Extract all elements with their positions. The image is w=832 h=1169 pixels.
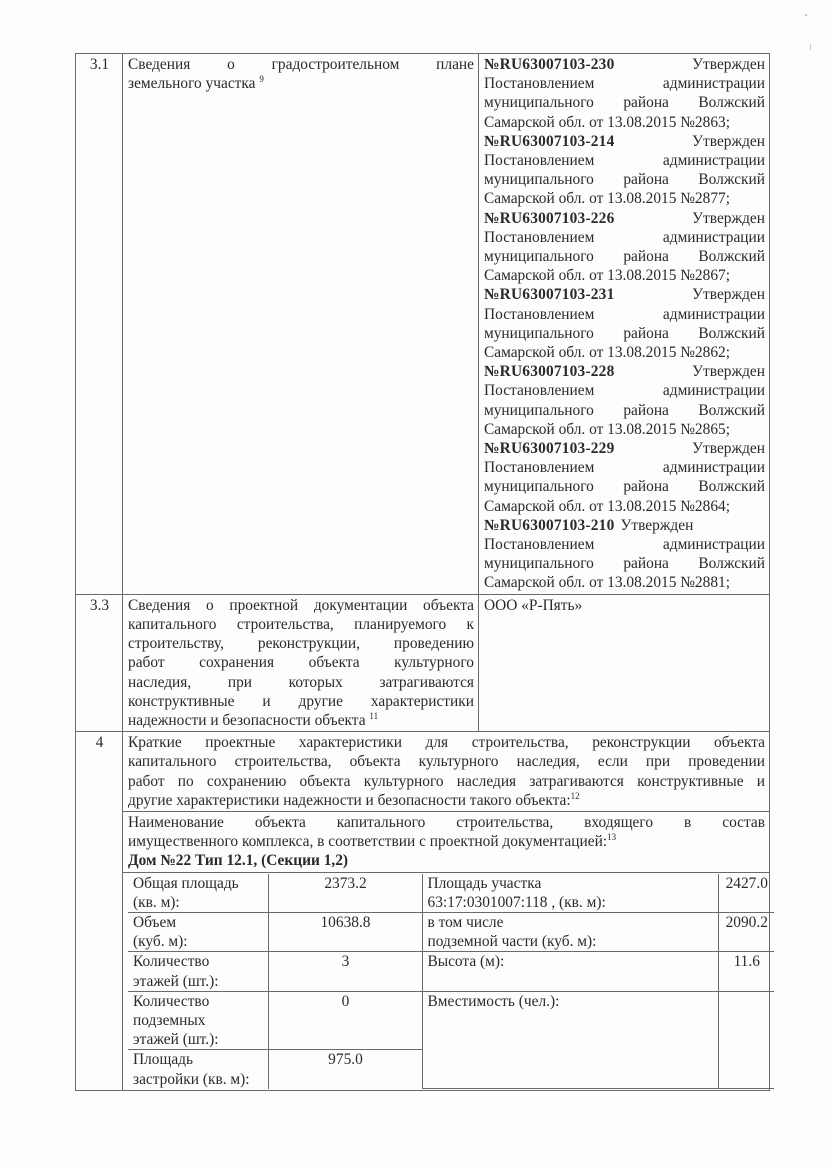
spec-label: Количествоэтажей (шт.):: [128, 952, 268, 991]
name-line: Наименование объекта капитального строит…: [128, 813, 765, 832]
intro-line: Краткие проектные характеристики для стр…: [128, 733, 765, 752]
gpzu-status: Утвержден: [692, 132, 765, 151]
gpzu-status: Утвержден: [692, 439, 765, 458]
gpzu-text-line: муниципального района Волжский: [484, 477, 765, 496]
label-line: наследия, при которых затрагиваются: [128, 673, 474, 692]
spec-label: в том числеподземной части (куб. м):: [422, 912, 718, 951]
table-row-4-object-name: Наименование объекта капитального строит…: [76, 811, 770, 872]
intro-text: другие характеристики надежности и безоп…: [128, 792, 571, 809]
spec-value: 11.6: [718, 952, 774, 991]
gpzu-text-line: Постановлением администрации: [484, 458, 765, 477]
spec-label: Вместимость (чел.):: [422, 991, 718, 1089]
gpzu-list: №RU63007103-230УтвержденПостановлением а…: [479, 54, 770, 595]
gpzu-status: Утвержден: [620, 516, 693, 535]
gpzu-plan-header: №RU63007103-214Утвержден: [484, 132, 765, 151]
label-text: в том числе: [428, 914, 504, 931]
gpzu-text-line: Постановлением администрации: [484, 151, 765, 170]
intro-line: другие характеристики надежности и безоп…: [128, 791, 765, 810]
spec-value: 2427.0: [718, 874, 774, 913]
gpzu-text-line: Самарской обл. от 13.08.2015 №2867;: [484, 266, 765, 285]
gpzu-plan-header: №RU63007103-231Утвержден: [484, 285, 765, 304]
label-line: Сведения о градостроительном плане: [128, 55, 474, 74]
info-table: 3.1 Сведения о градостроительном плане з…: [75, 53, 770, 1091]
row-4-intro: Краткие проектные характеристики для стр…: [123, 732, 770, 812]
gpzu-code: №RU63007103-230: [484, 55, 614, 74]
spec-label: Общая площадь(кв. м):: [128, 874, 268, 913]
gpzu-text-line: муниципального района Волжский: [484, 170, 765, 189]
spec-row: Общая площадь(кв. м): 2373.2 Площадь уча…: [128, 874, 774, 913]
gpzu-text-line: Самарской обл. от 13.08.2015 №2864;: [484, 497, 765, 516]
object-name-cell: Наименование объекта капитального строит…: [123, 811, 770, 872]
spec-value: [718, 991, 774, 1089]
label-line: Сведения о проектной документации объект…: [128, 596, 474, 615]
label-line: строительству, реконструкции, проведению: [128, 634, 474, 653]
gpzu-code: №RU63007103-231: [484, 285, 614, 304]
label-text: Высота (м):: [428, 953, 505, 970]
gpzu-code: №RU63007103-229: [484, 439, 614, 458]
designer-value: ООО «Р-Пять»: [479, 594, 770, 731]
intro-line: капитального строительства, объекта куль…: [128, 752, 765, 771]
gpzu-text-line: Постановлением администрации: [484, 228, 765, 247]
footnote-ref: 11: [369, 711, 378, 721]
specs-table: Общая площадь(кв. м): 2373.2 Площадь уча…: [128, 874, 774, 1090]
label-line: земельного участка 9: [128, 74, 474, 93]
spec-row: Количествоэтажей (шт.): 3 Высота (м): 11…: [128, 952, 774, 991]
label-text: застройки (кв. м):: [133, 1071, 250, 1088]
gpzu-text-line: муниципального района Волжский: [484, 554, 765, 573]
gpzu-plan-header: №RU63007103-228Утвержден: [484, 362, 765, 381]
label-text: (куб. м):: [133, 933, 188, 950]
spec-label: Площадь участка63:17:0301007:118 , (кв. …: [422, 874, 718, 913]
gpzu-text-line: Постановлением администрации: [484, 381, 765, 400]
gpzu-plan-header: №RU63007103-210Утвержден: [484, 516, 765, 535]
label-text: 63:17:0301007:118 , (кв. м):: [428, 894, 606, 911]
spec-value: 2373.2: [268, 874, 422, 913]
label-text: (кв. м):: [133, 894, 180, 911]
gpzu-text-line: Постановлением администрации: [484, 305, 765, 324]
label-text: Объем: [133, 914, 176, 931]
label-text: Количество: [133, 953, 209, 970]
spec-value: 975.0: [268, 1050, 422, 1089]
label-text: Площадь участка: [428, 875, 542, 892]
gpzu-status: Утвержден: [692, 209, 765, 228]
gpzu-text-line: муниципального района Волжский: [484, 324, 765, 343]
label-line: работ сохранения объекта культурного: [128, 653, 474, 672]
gpzu-status: Утвержден: [692, 285, 765, 304]
gpzu-text-line: Постановлением администрации: [484, 74, 765, 93]
gpzu-plan-header: №RU63007103-226Утвержден: [484, 209, 765, 228]
footnote-ref: 12: [571, 791, 580, 801]
gpzu-text-line: муниципального района Волжский: [484, 401, 765, 420]
spec-value: 2090.2: [718, 912, 774, 951]
gpzu-plan: №RU63007103-229УтвержденПостановлением а…: [484, 439, 765, 516]
label-line: капитального строительства, планируемого…: [128, 615, 474, 634]
table-row-4: 4 Краткие проектные характеристики для с…: [76, 732, 770, 812]
scan-speck: [810, 44, 811, 50]
gpzu-plan-header: №RU63007103-230Утвержден: [484, 55, 765, 74]
scanned-page: 3.1 Сведения о градостроительном плане з…: [0, 0, 832, 1169]
table-row-4-specs: Общая площадь(кв. м): 2373.2 Площадь уча…: [76, 872, 770, 1091]
row-number: 3.1: [76, 54, 123, 595]
table-row-3-1: 3.1 Сведения о градостроительном плане з…: [76, 54, 770, 595]
spec-label: Площадьзастройки (кв. м):: [128, 1050, 268, 1089]
footnote-ref: 9: [259, 74, 264, 84]
gpzu-text-line: муниципального района Волжский: [484, 93, 765, 112]
spec-label: Количествоподземныхэтажей (шт.):: [128, 991, 268, 1050]
gpzu-code: №RU63007103-214: [484, 132, 614, 151]
label-text: надежности и безопасности объекта: [128, 712, 366, 729]
label-text: Количество: [133, 993, 209, 1010]
gpzu-code: №RU63007103-228: [484, 362, 614, 381]
spec-label: Высота (м):: [422, 952, 718, 991]
label-line: надежности и безопасности объекта 11: [128, 711, 474, 730]
row-label: Сведения о градостроительном плане земел…: [123, 54, 479, 595]
gpzu-plan: №RU63007103-228УтвержденПостановлением а…: [484, 362, 765, 439]
spec-value: 0: [268, 991, 422, 1050]
gpzu-code: №RU63007103-226: [484, 209, 614, 228]
gpzu-plan: №RU63007103-231УтвержденПостановлением а…: [484, 285, 765, 362]
gpzu-plan: №RU63007103-214УтвержденПостановлением а…: [484, 132, 765, 209]
table-row-3-3: 3.3 Сведения о проектной документации об…: [76, 594, 770, 731]
gpzu-plan: №RU63007103-210УтвержденПостановлением а…: [484, 516, 765, 593]
label-text: Площадь: [133, 1051, 193, 1068]
object-name: Дом №22 Тип 12.1, (Секции 1,2): [128, 851, 765, 870]
gpzu-text-line: Самарской обл. от 13.08.2015 №2863;: [484, 113, 765, 132]
gpzu-code: №RU63007103-210: [484, 516, 614, 535]
label-text: земельного участка: [128, 75, 255, 92]
label-text: этажей (шт.):: [133, 1031, 219, 1048]
name-line: имущественного комплекса, в соответствии…: [128, 832, 765, 851]
spec-row: Объем(куб. м): 10638.8 в том числеподзем…: [128, 912, 774, 951]
gpzu-text-line: Самарской обл. от 13.08.2015 №2881;: [484, 573, 765, 592]
scan-speck: [805, 14, 807, 16]
gpzu-status: Утвержден: [692, 362, 765, 381]
gpzu-text-line: Самарской обл. от 13.08.2015 №2862;: [484, 343, 765, 362]
gpzu-text-line: муниципального района Волжский: [484, 247, 765, 266]
spec-label: Объем(куб. м):: [128, 912, 268, 951]
gpzu-text-line: Самарской обл. от 13.08.2015 №2865;: [484, 420, 765, 439]
specs-cell: Общая площадь(кв. м): 2373.2 Площадь уча…: [123, 872, 770, 1091]
spec-value: 10638.8: [268, 912, 422, 951]
intro-line: работ по сохранению объекта культурного …: [128, 772, 765, 791]
gpzu-plan: №RU63007103-226УтвержденПостановлением а…: [484, 209, 765, 286]
row-number: 4: [76, 732, 123, 1091]
gpzu-status: Утвержден: [692, 55, 765, 74]
gpzu-text-line: Самарской обл. от 13.08.2015 №2877;: [484, 189, 765, 208]
label-text: Общая площадь: [133, 875, 239, 892]
gpzu-text-line: Постановлением администрации: [484, 535, 765, 554]
row-label: Сведения о проектной документации объект…: [123, 594, 479, 731]
label-text: подземной части (куб. м):: [428, 933, 597, 950]
label-line: конструктивные и другие характеристики: [128, 692, 474, 711]
name-text: имущественного комплекса, в соответствии…: [128, 833, 607, 850]
gpzu-plan-header: №RU63007103-229Утвержден: [484, 439, 765, 458]
spec-row: Количествоподземныхэтажей (шт.): 0 Вмест…: [128, 991, 774, 1050]
label-text: подземных: [133, 1012, 205, 1029]
spec-value: 3: [268, 952, 422, 991]
footnote-ref: 13: [607, 832, 616, 842]
gpzu-plan: №RU63007103-230УтвержденПостановлением а…: [484, 55, 765, 132]
label-text: этажей (шт.):: [133, 973, 219, 990]
row-number: 3.3: [76, 594, 123, 731]
